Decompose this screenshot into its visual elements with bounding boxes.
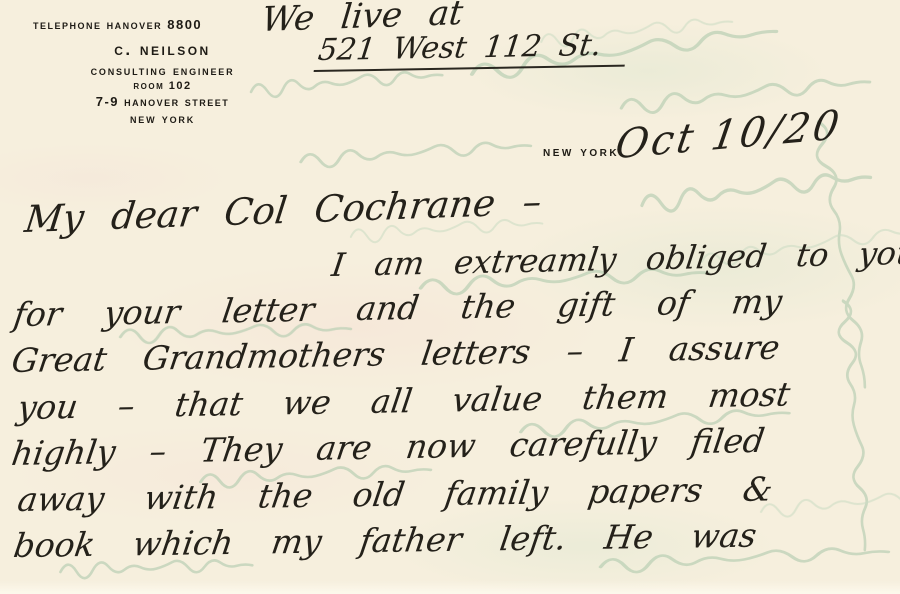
letterhead-title: Consulting Engineer <box>55 63 270 78</box>
letterhead-room: Room 102 <box>55 80 270 92</box>
dateline-printed-city: New York <box>543 143 619 159</box>
letterhead-block: C. Neilson Consulting Engineer Room 102 … <box>55 40 270 126</box>
letterhead-name: C. Neilson <box>55 40 270 60</box>
handwritten-residence-note-line2: 521 West 112 St. <box>314 28 630 73</box>
letterhead-street: 7-9 Hanover Street <box>55 94 270 109</box>
scanned-letter-page: Telephone Hanover 8800 C. Neilson Consul… <box>0 0 900 594</box>
letterhead-telephone: Telephone Hanover 8800 <box>33 17 202 32</box>
letterhead-city: New York <box>55 111 270 126</box>
paper-bottom-edge <box>0 580 900 594</box>
